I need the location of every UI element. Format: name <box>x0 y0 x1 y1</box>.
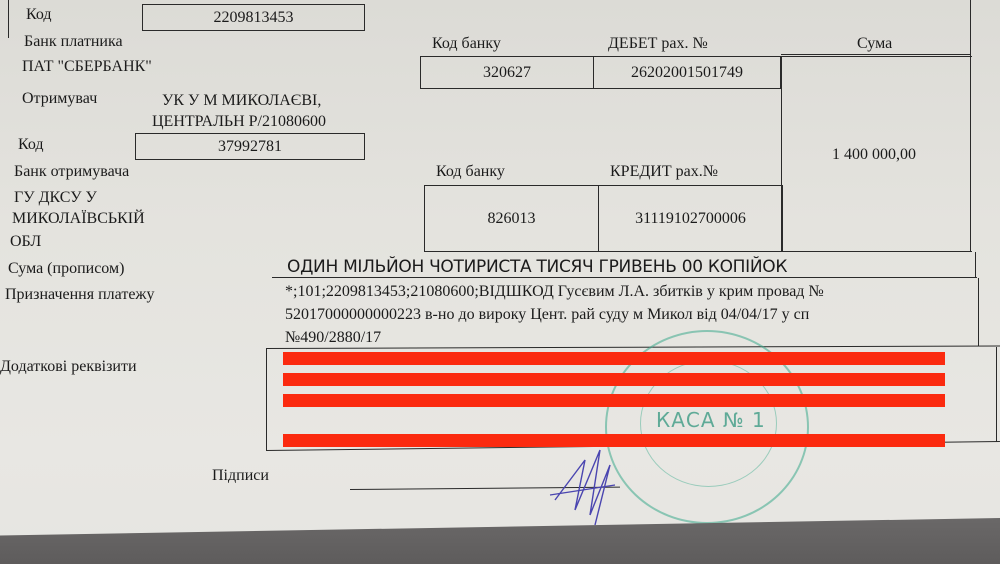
purpose-line1: *;101;2209813453;21080600;ВІДШКОД Гусєви… <box>285 283 824 301</box>
payer-code-label: Код <box>26 6 52 24</box>
recipient-name-line1: УК У М МИКОЛАЄВІ, <box>162 92 321 110</box>
credit-account-label: КРЕДИТ рах.№ <box>610 163 718 181</box>
debit-bank-code-label: Код банку <box>432 35 501 53</box>
debit-account-cell: 26202001501749 <box>593 56 781 89</box>
purpose-line3: №490/2880/17 <box>285 329 381 347</box>
recipient-code-value: 37992781 <box>218 138 282 156</box>
recipient-bank-line1: ГУ ДКСУ У <box>14 189 97 207</box>
signatures-label: Підписи <box>212 467 269 485</box>
recipient-bank-label: Банк отримувача <box>14 163 129 181</box>
debit-bank-code-value: 320627 <box>483 64 531 82</box>
recipient-code-label: Код <box>18 136 44 154</box>
amount-value: 1 400 000,00 <box>832 146 916 164</box>
payer-bank-value: ПАТ "СБЕРБАНК" <box>22 58 152 76</box>
payer-code-box: 2209813453 <box>142 4 365 31</box>
amount-right-line <box>970 0 971 252</box>
top-right-line <box>781 54 971 55</box>
amount-words-label: Сума (прописом) <box>8 260 124 278</box>
debit-account-value: 26202001501749 <box>631 64 743 82</box>
recipient-bank-line3: ОБЛ <box>10 233 41 251</box>
amount-words-underline <box>272 277 977 278</box>
extra-right-line <box>996 347 997 442</box>
amount-words-right-line <box>975 252 976 278</box>
redaction-bar <box>283 373 945 386</box>
credit-bank-code-value: 826013 <box>488 210 536 228</box>
payer-code-value: 2209813453 <box>214 9 294 27</box>
stamp-text: КАСА № 1 <box>656 408 766 432</box>
debit-bank-code-cell: 320627 <box>420 56 594 89</box>
amount-words-value: ОДИН МІЛЬЙОН ЧОТИРИСТА ТИСЯЧ ГРИВЕНЬ 00 … <box>287 257 787 277</box>
extra-left-line <box>266 349 267 451</box>
amount-label: Сума <box>857 35 892 53</box>
credit-bottom-line <box>424 251 972 252</box>
recipient-code-box: 37992781 <box>135 133 365 160</box>
credit-bank-code-cell: 826013 <box>424 185 599 252</box>
recipient-label: Отримувач <box>22 90 97 108</box>
credit-account-value: 31119102700006 <box>635 210 746 228</box>
payer-bank-label: Банк платника <box>24 33 123 51</box>
redaction-bar <box>283 394 945 407</box>
extra-label: Додаткові реквізити <box>0 358 137 376</box>
recipient-name-line2: ЦЕНТРАЛЬН Р/21080600 <box>152 113 326 131</box>
signature-scribble <box>545 440 625 530</box>
credit-account-cell: 31119102700006 <box>598 185 783 252</box>
debit-account-label: ДЕБЕТ рах. № <box>608 35 708 53</box>
purpose-right-line <box>978 278 979 346</box>
left-border-line <box>8 0 9 38</box>
redaction-bar <box>283 352 945 365</box>
credit-bank-code-label: Код банку <box>436 163 505 181</box>
purpose-line2: 52017000000000223 в-но до вироку Цент. р… <box>285 306 809 324</box>
payment-order-document: Код 2209813453 Банк платника ПАТ "СБЕРБА… <box>0 0 1000 564</box>
recipient-bank-line2: МИКОЛАЇВСЬКІЙ <box>12 210 145 228</box>
purpose-label: Призначення платежу <box>5 286 154 304</box>
